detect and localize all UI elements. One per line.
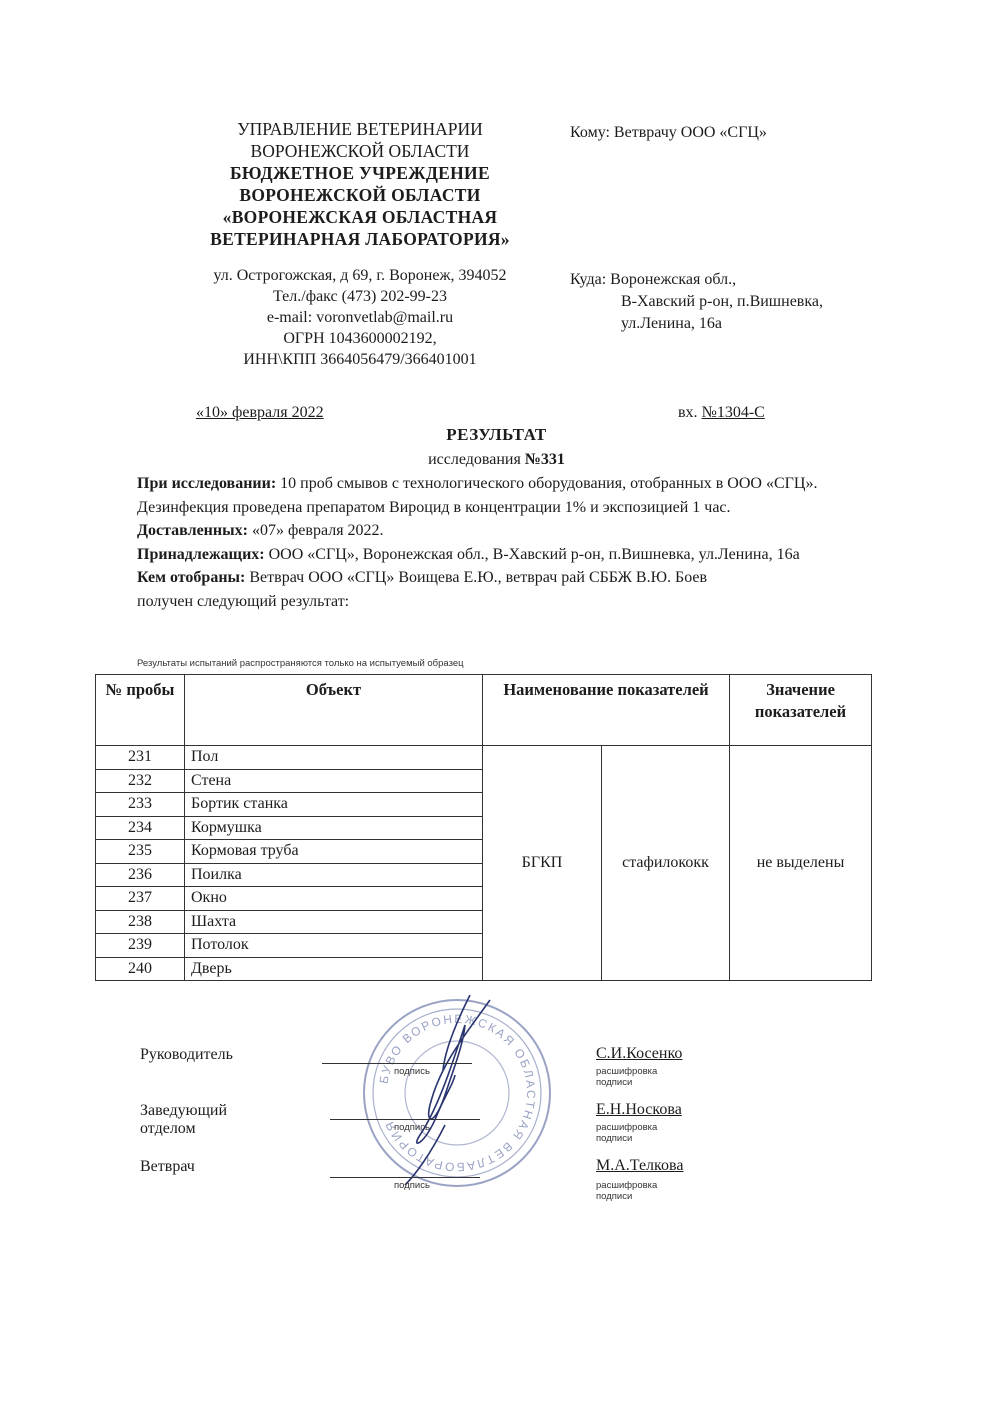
signature-name-caption: расшифровка подписи — [596, 1066, 657, 1088]
signature-role-vet: Ветврач — [140, 1158, 195, 1176]
table-row: 231 Пол БГКП стафилококк не выделены — [96, 746, 872, 770]
organization-header: УПРАВЛЕНИЕ ВЕТЕРИНАРИИ ВОРОНЕЖСКОЙ ОБЛАС… — [170, 118, 550, 250]
sample-number: 236 — [96, 863, 185, 887]
header-indicator-name: Наименование показателей — [483, 675, 730, 746]
delivered-label: Доставленных: — [137, 522, 248, 539]
signature-name: Е.Н.Носкова — [596, 1101, 682, 1119]
sample-number: 240 — [96, 957, 185, 981]
org-line: БЮДЖЕТНОЕ УЧРЕЖДЕНИЕ — [170, 162, 550, 184]
signature-name: С.И.Косенко — [596, 1045, 682, 1063]
collected-label: Кем отобраны: — [137, 569, 245, 586]
org-line: УПРАВЛЕНИЕ ВЕТЕРИНАРИИ — [170, 118, 550, 140]
header-sample-number: № пробы — [96, 675, 185, 746]
phone: Тел./факс (473) 202-99-23 — [160, 286, 560, 307]
disinfection-text: Дезинфекция проведена препаратом Вироцид… — [137, 496, 937, 520]
incoming-number-value: №1304-С — [702, 404, 765, 421]
document-date: «10» февраля 2022 — [196, 404, 324, 422]
signature-role-dept: Заведующий отделом — [140, 1102, 227, 1138]
collected-paragraph: Кем отобраны: Ветврач ООО «СГЦ» Воищева … — [137, 566, 937, 590]
study-number: №331 — [525, 451, 565, 468]
delivered-text: «07» февраля 2022. — [248, 522, 384, 539]
sample-object: Дверь — [185, 957, 483, 981]
where-line: В-Хавский р-он, п.Вишневка, — [570, 291, 823, 313]
sample-number: 239 — [96, 934, 185, 958]
sample-number: 234 — [96, 816, 185, 840]
belongs-text: ООО «СГЦ», Воронежская обл., В-Хавский р… — [265, 546, 800, 563]
results-note: Результаты испытаний распространяются то… — [137, 658, 464, 669]
svg-text:БУВО ВОРОНЕЖСКАЯ ОБЛАСТНАЯ ВЕТ: БУВО ВОРОНЕЖСКАЯ ОБЛАСТНАЯ ВЕТЛАБОРАТОРИ… — [377, 1012, 539, 1174]
header-indicator-value: Значение показателей — [730, 675, 872, 746]
collected-text: Ветврач ООО «СГЦ» Воищева Е.Ю., ветврач … — [245, 569, 707, 586]
sample-object: Потолок — [185, 934, 483, 958]
sample-number: 238 — [96, 910, 185, 934]
sample-object: Поилка — [185, 863, 483, 887]
result-intro: получен следующий результат: — [137, 590, 937, 614]
signature-caption: подпись — [394, 1066, 430, 1077]
study-paragraph: При исследовании: 10 проб смывов с техно… — [137, 472, 937, 496]
sample-object: Пол — [185, 746, 483, 770]
address: ул. Острогожская, д 69, г. Воронеж, 3940… — [160, 265, 560, 286]
delivered-paragraph: Доставленных: «07» февраля 2022. — [137, 519, 937, 543]
indicator-staphylococcus: стафилококк — [602, 746, 730, 981]
sample-number: 237 — [96, 887, 185, 911]
study-label: При исследовании: — [137, 475, 276, 492]
sample-object: Бортик станка — [185, 793, 483, 817]
sample-object: Кормушка — [185, 816, 483, 840]
signature-caption: подпись — [394, 1122, 430, 1133]
table-header-row: № пробы Объект Наименование показателей … — [96, 675, 872, 746]
document-subtitle: исследования №331 — [0, 451, 993, 469]
sample-number: 235 — [96, 840, 185, 864]
signature-line — [322, 1063, 472, 1064]
signature-name-caption: расшифровка подписи — [596, 1180, 657, 1202]
org-line: ВЕТЕРИНАРНАЯ ЛАБОРАТОРИЯ» — [170, 228, 550, 250]
signature-line — [330, 1119, 480, 1120]
organization-contacts: ул. Острогожская, д 69, г. Воронеж, 3940… — [160, 265, 560, 370]
signature-line — [330, 1177, 480, 1178]
signature-name: М.А.Телкова — [596, 1157, 683, 1175]
incoming-prefix: вх. — [678, 404, 698, 421]
header-object: Объект — [185, 675, 483, 746]
belongs-paragraph: Принадлежащих: ООО «СГЦ», Воронежская об… — [137, 543, 927, 567]
seal-stamp-icon: БУВО ВОРОНЕЖСКАЯ ОБЛАСТНАЯ ВЕТЛАБОРАТОРИ… — [345, 995, 560, 1195]
indicator-bgkp: БГКП — [483, 746, 602, 981]
sample-object: Стена — [185, 769, 483, 793]
ogrn: ОГРН 1043600002192, — [160, 328, 560, 349]
org-line: ВОРОНЕЖСКОЙ ОБЛАСТИ — [170, 184, 550, 206]
study-text: 10 проб смывов с технологического оборуд… — [276, 475, 817, 492]
where-line: ул.Ленина, 16а — [570, 313, 823, 335]
incoming-number: вх. №1304-С — [678, 404, 765, 422]
signature-role-head: Руководитель — [140, 1046, 233, 1064]
sample-object: Кормовая труба — [185, 840, 483, 864]
signature-caption: подпись — [394, 1180, 430, 1191]
subtitle-prefix: исследования — [428, 451, 521, 468]
where-label: Куда: Воронежская обл., — [570, 269, 823, 291]
signature-name-caption: расшифровка подписи — [596, 1122, 657, 1144]
sample-number: 233 — [96, 793, 185, 817]
sample-object: Шахта — [185, 910, 483, 934]
document-body: При исследовании: 10 проб смывов с техно… — [137, 472, 937, 613]
belongs-label: Принадлежащих: — [137, 546, 265, 563]
inn-kpp: ИНН\КПП 3664056479/366401001 — [160, 349, 560, 370]
recipient: Кому: Ветврачу ООО «СГЦ» — [570, 124, 767, 142]
indicator-value: не выделены — [730, 746, 872, 981]
sample-object: Окно — [185, 887, 483, 911]
sample-number: 231 — [96, 746, 185, 770]
org-line: «ВОРОНЕЖСКАЯ ОБЛАСТНАЯ — [170, 206, 550, 228]
org-line: ВОРОНЕЖСКОЙ ОБЛАСТИ — [170, 140, 550, 162]
results-table: № пробы Объект Наименование показателей … — [95, 674, 872, 981]
document-title: РЕЗУЛЬТАТ — [0, 425, 993, 445]
email: e-mail: voronvetlab@mail.ru — [160, 307, 560, 328]
recipient-address: Куда: Воронежская обл., В-Хавский р-он, … — [570, 269, 823, 335]
sample-number: 232 — [96, 769, 185, 793]
